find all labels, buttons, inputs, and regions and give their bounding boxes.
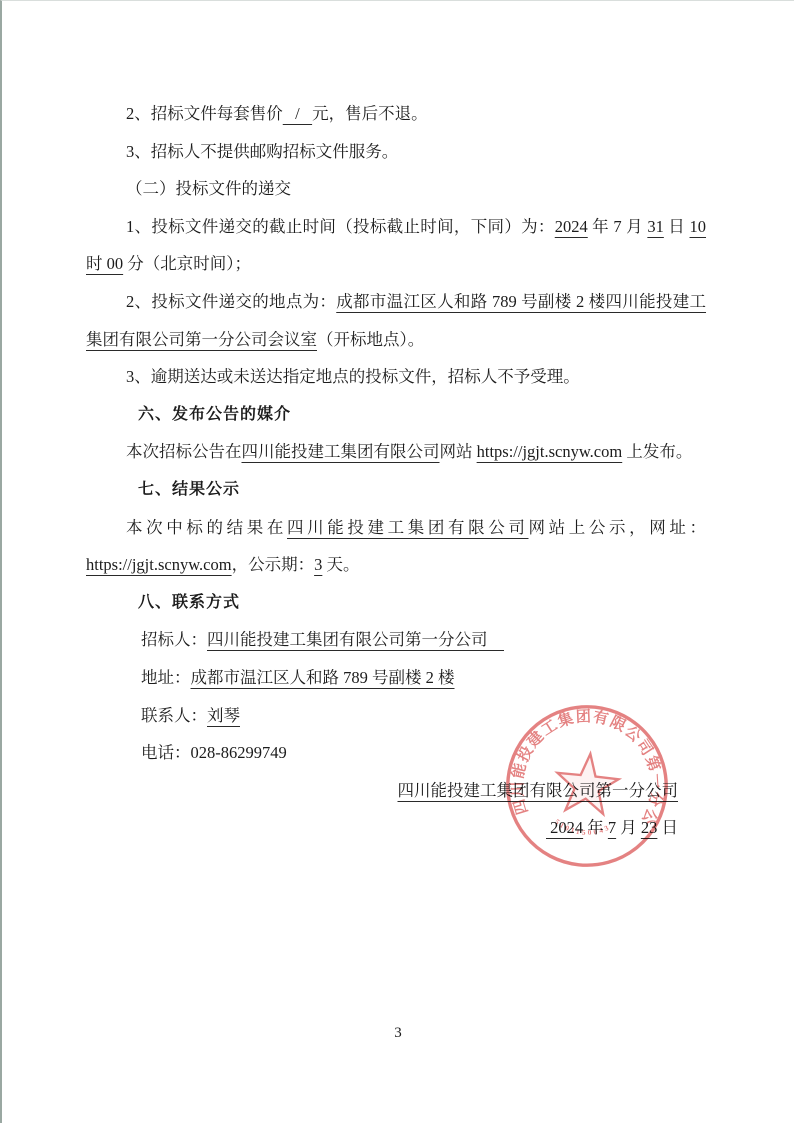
text-segment: 网站上公示，网址： xyxy=(529,518,707,537)
text-segment: 元，售后不退。 xyxy=(312,104,428,123)
underlined-text-segment: 四川能投建工集团有限公司 xyxy=(287,518,529,537)
underlined-text-segment: 成都市温江区人和路 789 号副楼 2 楼 xyxy=(191,668,455,687)
text-segment: 八、联系方式 xyxy=(138,594,240,611)
mail-purchase-line: 3、招标人不提供邮购招标文件服务。 xyxy=(86,133,706,171)
text-segment: 3、逾期送达或未送达指定地点的投标文件，招标人不予受理。 xyxy=(126,367,580,386)
submission-location-paragraph: 2、投标文件递交的地点为：成都市温江区人和路 789 号副楼 2 楼四川能投建工… xyxy=(86,283,706,358)
section-eight-heading: 八、联系方式 xyxy=(86,584,706,622)
text-segment: 网站 xyxy=(440,442,477,461)
underlined-text-segment: / xyxy=(283,104,312,123)
text-segment: （开标地点）。 xyxy=(317,330,424,349)
underlined-text-segment: 四川能投建工集团有限公司第一分公司 xyxy=(398,781,679,800)
address-line: 地址：成都市温江区人和路 789 号副楼 2 楼 xyxy=(86,659,706,697)
result-publicity-paragraph: 本次中标的结果在四川能投建工集团有限公司网站上公示，网址：https://jgj… xyxy=(86,509,706,584)
text-segment: 本次中标的结果在 xyxy=(126,518,287,537)
contact-person-line: 联系人：刘琴 xyxy=(86,697,706,735)
announcement-media-paragraph: 本次招标公告在四川能投建工集团有限公司网站 https://jgjt.scnyw… xyxy=(86,433,706,471)
text-segment: 七、结果公示 xyxy=(138,481,240,498)
underlined-text-segment: 2024 xyxy=(546,818,583,837)
underlined-text-segment: 刘琴 xyxy=(207,706,240,725)
text-segment: 日 xyxy=(657,818,678,837)
text-segment: ，公示期： xyxy=(232,555,315,574)
underlined-text-segment: 四川能投建工集团有限公司 xyxy=(242,442,440,461)
underlined-text-segment: https://jgjt.scnyw.com xyxy=(477,442,623,461)
price-terms-line: 2、招标文件每套售价 / 元，售后不退。 xyxy=(86,95,706,133)
signature-date-line: 2024 年 7 月 23 日 xyxy=(86,809,706,847)
text-segment: 六、发布公告的媒介 xyxy=(138,406,291,423)
underlined-text-segment: 2024 xyxy=(555,217,588,236)
text-segment: 联系人： xyxy=(141,706,207,725)
section-seven-heading: 七、结果公示 xyxy=(86,471,706,509)
text-segment: 上发布。 xyxy=(622,442,692,461)
page-number: 3 xyxy=(2,1025,794,1042)
text-segment: 招标人： xyxy=(141,630,207,649)
bidder-line: 招标人：四川能投建工集团有限公司第一分公司 xyxy=(86,621,706,659)
underlined-text-segment: 31 xyxy=(647,217,664,236)
section-six-heading: 六、发布公告的媒介 xyxy=(86,396,706,434)
deadline-paragraph: 1、投标文件递交的截止时间（投标截止时间，下同）为：2024 年 7 月 31 … xyxy=(86,208,706,283)
text-segment: 2、投标文件递交的地点为： xyxy=(126,292,336,311)
underlined-text-segment: 7 xyxy=(608,818,616,837)
text-segment: （二）投标文件的递交 xyxy=(126,179,291,198)
text-segment: 1、投标文件递交的截止时间（投标截止时间，下同）为： xyxy=(126,217,555,236)
text-segment: 天。 xyxy=(322,555,359,574)
text-segment: 电话：028-86299749 xyxy=(141,743,287,762)
text-segment: 年 7 月 xyxy=(588,217,648,236)
text-segment: 本次招标公告在 xyxy=(126,442,242,461)
late-delivery-line: 3、逾期送达或未送达指定地点的投标文件，招标人不予受理。 xyxy=(86,358,706,396)
phone-line: 电话：028-86299749 xyxy=(86,734,706,772)
text-segment: 2、招标文件每套售价 xyxy=(126,104,283,123)
underlined-text-segment: https://jgjt.scnyw.com xyxy=(86,555,232,574)
text-segment: 年 xyxy=(583,818,608,837)
underlined-text-segment: 四川能投建工集团有限公司第一分公司 xyxy=(207,630,504,649)
text-segment: 月 xyxy=(616,818,641,837)
text-segment: 3、招标人不提供邮购招标文件服务。 xyxy=(126,142,398,161)
text-segment: 地址： xyxy=(141,668,191,687)
document-page: 2、招标文件每套售价 / 元，售后不退。3、招标人不提供邮购招标文件服务。（二）… xyxy=(0,0,794,1123)
signature-company-line: 四川能投建工集团有限公司第一分公司 xyxy=(86,772,706,810)
underlined-text-segment: 23 xyxy=(641,818,658,837)
text-segment: 分（北京时间）； xyxy=(123,254,251,273)
text-segment: 日 xyxy=(664,217,690,236)
subsection-heading-submission: （二）投标文件的递交 xyxy=(86,170,706,208)
document-body: 2、招标文件每套售价 / 元，售后不退。3、招标人不提供邮购招标文件服务。（二）… xyxy=(86,95,706,847)
